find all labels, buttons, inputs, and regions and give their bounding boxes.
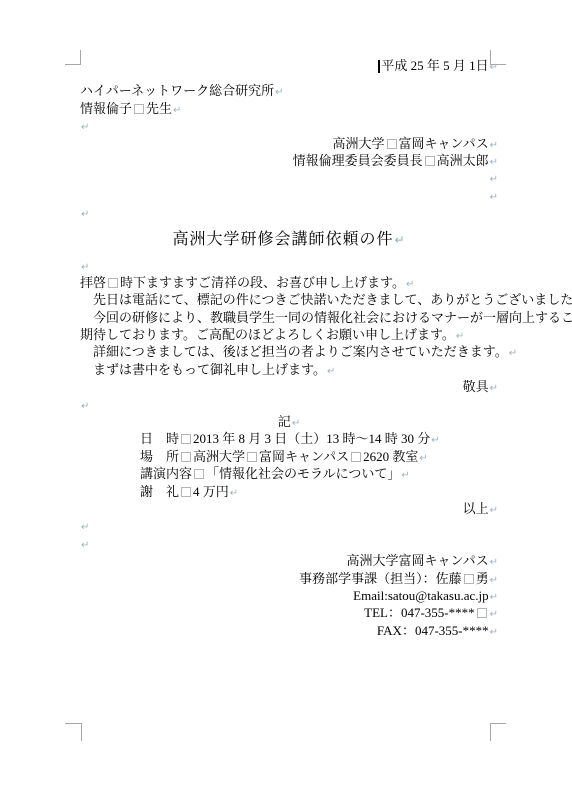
text-run: 先日は電話にて、標記の件につきご快諾いただきまして、ありがとうございました。 [93, 292, 572, 307]
body-paragraph[interactable]: 詳細につきましては、後ほど担当の者よりご案内させていただきます。↵ [80, 343, 498, 360]
paragraph-mark-icon: ↵ [490, 140, 498, 151]
closing-keigu[interactable]: 敬具↵ [80, 378, 498, 395]
detail-lecture-topic[interactable]: 講演内容「情報化社会のモラルについて」↵ [80, 465, 498, 482]
paragraph-mark-icon: ↵ [490, 192, 498, 203]
paragraph-mark-icon: ↵ [490, 592, 498, 603]
text-run: 拝啓 [80, 275, 106, 290]
body-paragraph[interactable]: 今回の研修により、教職員学生一同の情報化社会におけるマナーが一層向上することを [80, 309, 498, 326]
margin-corner-top-left-icon [65, 50, 81, 65]
fullwidth-space-mark-icon [108, 278, 118, 288]
text-run: まずは書中をもって御礼申し上げます。 [93, 362, 326, 377]
text-run: Email:satou@takasu.ac.jp [353, 588, 488, 603]
text-run: ハイパーネットワーク総合研究所 [80, 83, 274, 98]
fullwidth-space-mark-icon [134, 104, 144, 114]
detail-place[interactable]: 場 所高洲大学富岡キャンパス2620 教室↵ [80, 448, 498, 465]
paragraph-mark-icon: ↵ [490, 609, 498, 620]
fullwidth-space-mark-icon [425, 156, 435, 166]
empty-line[interactable]: ↵ [80, 257, 498, 274]
paragraph-mark-icon: ↵ [490, 627, 498, 638]
closing-ijou[interactable]: 以上↵ [80, 500, 498, 517]
fullwidth-space-mark-icon [247, 452, 257, 462]
paragraph-mark-icon: ↵ [401, 470, 409, 481]
subject-title[interactable]: 高洲大学研修会講師依頼の件↵ [80, 226, 498, 253]
text-run: 日 時 [140, 431, 179, 446]
text-run: 期待しております。ご高配のほどよろしくお願い申し上げます。 [80, 327, 455, 342]
text-run: 事務部学事課（担当）：佐藤 [299, 571, 462, 586]
paragraph-mark-icon: ↵ [431, 435, 439, 446]
text-run: 今回の研修により、教職員学生一同の情報化社会におけるマナーが一層向上することを [93, 310, 572, 325]
text-run: 富岡キャンパス [259, 449, 349, 464]
paragraph-mark-icon: ↵ [490, 575, 498, 586]
margin-corner-bottom-right-icon [490, 723, 506, 741]
empty-line[interactable]: ↵ [80, 169, 498, 186]
detail-fee[interactable]: 謝 礼4 万円↵ [80, 483, 498, 500]
text-run: 平成 25 年 5 月 1日 [381, 58, 488, 73]
text-run: 富岡キャンパス [399, 136, 489, 151]
paragraph-mark-icon: ↵ [81, 262, 89, 273]
fullwidth-space-mark-icon [181, 452, 191, 462]
body-paragraph[interactable]: 先日は電話にて、標記の件につきご快諾いただきまして、ありがとうございました。↵ [80, 291, 498, 308]
contact-email[interactable]: Email:satou@takasu.ac.jp↵ [80, 587, 498, 604]
text-run: 高洲大学富岡キャンパス [347, 553, 489, 568]
text-run: 記 [278, 414, 291, 429]
body-paragraph-continued[interactable]: 期待しております。ご高配のほどよろしくお願い申し上げます。↵ [80, 326, 498, 343]
paragraph-mark-icon: ↵ [230, 488, 238, 499]
paragraph-mark-icon: ↵ [406, 279, 414, 290]
date-line[interactable]: 平成 25 年 5 月 1日↵ [80, 57, 498, 74]
text-run: 高洲大学研修会講師依頼の件 [172, 231, 393, 248]
text-run: 高洲大学 [333, 136, 385, 151]
empty-line[interactable]: ↵ [80, 187, 498, 204]
paragraph-mark-icon: ↵ [81, 209, 89, 220]
empty-line[interactable]: ↵ [80, 517, 498, 534]
paragraph-mark-icon: ↵ [292, 418, 300, 429]
contact-campus[interactable]: 高洲大学富岡キャンパス↵ [80, 552, 498, 569]
text-run: 情報倫理委員会委員長 [293, 153, 423, 168]
margin-corner-bottom-left-icon [65, 723, 82, 741]
document-page[interactable]: 平成 25 年 5 月 1日↵ハイパーネットワーク総合研究所↵情報倫子先生↵↵高… [0, 0, 572, 808]
paragraph-mark-icon: ↵ [394, 233, 405, 247]
sender-campus[interactable]: 高洲大学富岡キャンパス↵ [80, 135, 498, 152]
text-run: 敬具 [463, 379, 489, 394]
paragraph-mark-icon: ↵ [509, 348, 517, 359]
text-run: 高洲太郎 [437, 153, 489, 168]
text-run: 「情報化社会のモラルについて」 [206, 466, 400, 481]
paragraph-mark-icon: ↵ [456, 331, 464, 342]
fullwidth-space-mark-icon [387, 139, 397, 149]
contact-fax[interactable]: FAX：047-355-****↵ [80, 622, 498, 639]
empty-line[interactable]: ↵ [80, 204, 498, 221]
fullwidth-space-mark-icon [464, 574, 474, 584]
paragraph-mark-icon: ↵ [490, 174, 498, 185]
contact-tel[interactable]: TEL：047-355-****↵ [80, 604, 498, 621]
paragraph-mark-icon: ↵ [173, 105, 181, 116]
paragraph-mark-icon: ↵ [490, 557, 498, 568]
paragraph-mark-icon: ↵ [490, 505, 498, 516]
body-paragraph[interactable]: まずは書中をもって御礼申し上げます。↵ [80, 361, 498, 378]
recipient-name[interactable]: 情報倫子先生↵ [80, 100, 498, 117]
fullwidth-space-mark-icon [194, 469, 204, 479]
paragraph-mark-icon: ↵ [490, 157, 498, 168]
paragraph-mark-icon: ↵ [81, 522, 89, 533]
text-run: 先生 [146, 101, 172, 116]
body-greeting[interactable]: 拝啓時下ますますご清祥の段、お喜び申し上げます。↵ [80, 274, 498, 291]
sender-name[interactable]: 情報倫理委員会委員長高洲太郎↵ [80, 152, 498, 169]
paragraph-mark-icon: ↵ [490, 62, 498, 73]
text-run: 詳細につきましては、後ほど担当の者よりご案内させていただきます。 [93, 344, 508, 359]
text-run: 高洲大学 [193, 449, 245, 464]
paragraph-mark-icon: ↵ [275, 87, 283, 98]
text-run: 勇 [476, 571, 489, 586]
fullwidth-space-mark-icon [477, 608, 487, 618]
text-run: 2620 教室 [363, 449, 418, 464]
paragraph-mark-icon: ↵ [81, 122, 89, 133]
text-run: 謝 礼 [140, 484, 179, 499]
paragraph-mark-icon: ↵ [327, 366, 335, 377]
text-run: 情報倫子 [80, 101, 132, 116]
fullwidth-space-mark-icon [181, 487, 191, 497]
empty-line[interactable]: ↵ [80, 396, 498, 413]
paragraph-mark-icon: ↵ [81, 401, 89, 412]
text-run: TEL：047-355-**** [364, 605, 474, 620]
document-content[interactable]: 平成 25 年 5 月 1日↵ハイパーネットワーク総合研究所↵情報倫子先生↵↵高… [80, 57, 498, 639]
empty-line[interactable]: ↵ [80, 117, 498, 134]
paragraph-mark-icon: ↵ [81, 540, 89, 551]
paragraph-mark-icon: ↵ [490, 383, 498, 394]
paragraph-mark-icon: ↵ [419, 453, 427, 464]
contact-department[interactable]: 事務部学事課（担当）：佐藤勇↵ [80, 570, 498, 587]
fullwidth-space-mark-icon [181, 434, 191, 444]
recipient-organization[interactable]: ハイパーネットワーク総合研究所↵ [80, 82, 498, 99]
text-run: 2013 年 8 月 3 日（土）13 時～14 時 30 分 [193, 431, 430, 446]
text-run: 講演内容 [140, 466, 192, 481]
text-run: 時下ますますご清祥の段、お喜び申し上げます。 [120, 275, 405, 290]
text-run: 場 所 [140, 449, 179, 464]
detail-datetime[interactable]: 日 時2013 年 8 月 3 日（土）13 時～14 時 30 分↵ [80, 430, 498, 447]
ki-heading[interactable]: 記↵ [80, 413, 498, 430]
empty-line[interactable]: ↵ [80, 535, 498, 552]
text-run: 以上 [463, 501, 489, 516]
text-run: FAX：047-355-**** [377, 623, 489, 638]
text-run: 4 万円 [193, 484, 229, 499]
fullwidth-space-mark-icon [351, 452, 361, 462]
